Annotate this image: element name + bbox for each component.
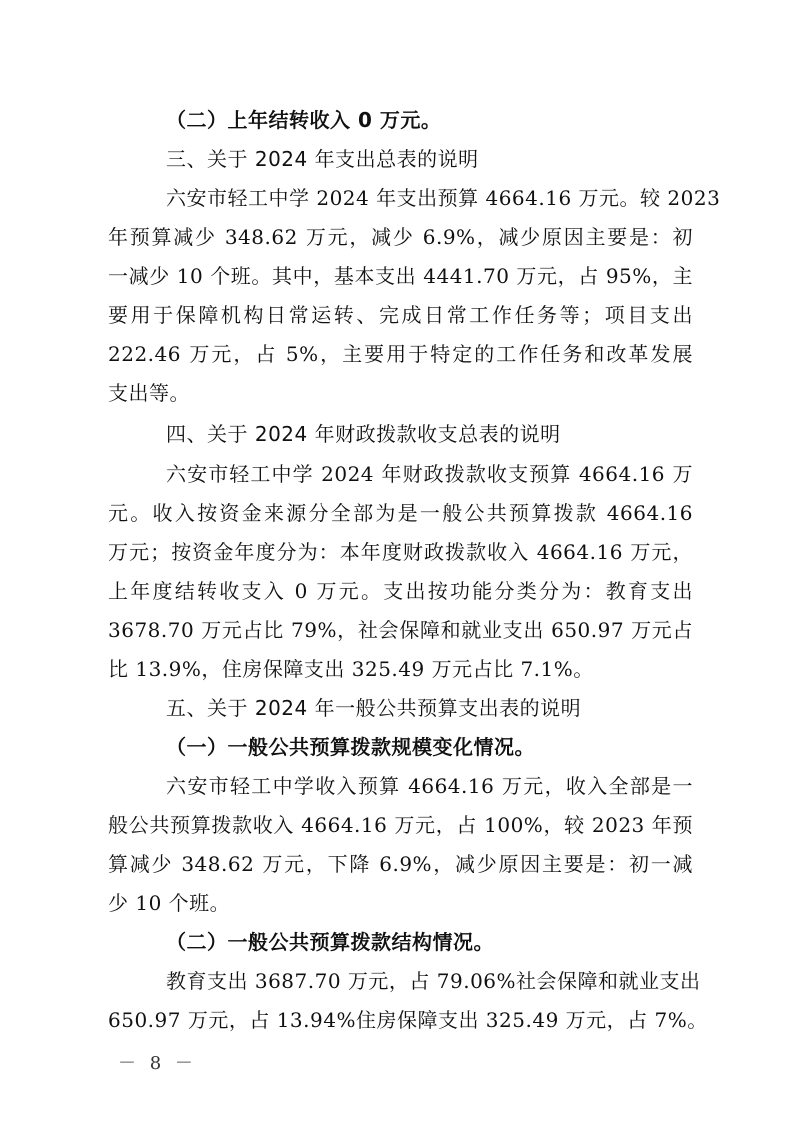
paragraph-line: 650.97 万元，占 13.94%住房保障支出 325.49 万元，占 7%。: [108, 1006, 693, 1034]
subheading-prior-year-carryover: （二）上年结转收入 0 万元。: [166, 106, 693, 134]
paragraph-line: 比 13.9%，住房保障支出 325.49 万元占比 7.1%。: [108, 655, 693, 683]
paragraph-line: 六安市轻工中学 2024 年支出预算 4664.16 万元。较 2023: [166, 184, 693, 212]
paragraph-line: 年预算减少 348.62 万元，减少 6.9%，减少原因主要是：初: [108, 223, 693, 251]
paragraph-line: 元。收入按资金来源分全部为是一般公共预算拨款 4664.16: [108, 499, 693, 527]
paragraph-line: 222.46 万元，占 5%，主要用于特定的工作任务和改革发展: [108, 340, 693, 368]
document-page: （二）上年结转收入 0 万元。 三、关于 2024 年支出总表的说明 六安市轻工…: [0, 0, 793, 1122]
paragraph-line: 六安市轻工中学 2024 年财政拨款收支预算 4664.16 万: [166, 460, 693, 488]
page-number: － 8 －: [118, 1052, 197, 1076]
paragraph-line: 万元；按资金年度分为：本年度财政拨款收入 4664.16 万元，: [108, 538, 693, 566]
subheading-structure: （二）一般公共预算拨款结构情况。: [166, 928, 693, 956]
paragraph-line: 上年度结转收支入 0 万元。支出按功能分类分为：教育支出: [108, 577, 693, 605]
paragraph-line: 算减少 348.62 万元，下降 6.9%，减少原因主要是：初一减: [108, 850, 693, 878]
section-heading-3: 三、关于 2024 年支出总表的说明: [166, 145, 693, 173]
paragraph-line: 支出等。: [108, 379, 693, 407]
paragraph-line: 教育支出 3687.70 万元，占 79.06%社会保障和就业支出: [166, 967, 693, 995]
paragraph-line: 般公共预算拨款收入 4664.16 万元，占 100%，较 2023 年预: [108, 811, 693, 839]
paragraph-line: 少 10 个班。: [108, 889, 693, 917]
paragraph-line: 3678.70 万元占比 79%，社会保障和就业支出 650.97 万元占: [108, 616, 693, 644]
subheading-scale-change: （一）一般公共预算拨款规模变化情况。: [166, 733, 693, 761]
paragraph-line: 一减少 10 个班。其中，基本支出 4441.70 万元，占 95%，主: [108, 262, 693, 290]
section-heading-4: 四、关于 2024 年财政拨款收支总表的说明: [166, 420, 693, 448]
paragraph-line: 六安市轻工中学收入预算 4664.16 万元，收入全部是一: [166, 772, 693, 800]
section-heading-5: 五、关于 2024 年一般公共预算支出表的说明: [166, 694, 693, 722]
paragraph-line: 要用于保障机构日常运转、完成日常工作任务等；项目支出: [108, 301, 693, 329]
